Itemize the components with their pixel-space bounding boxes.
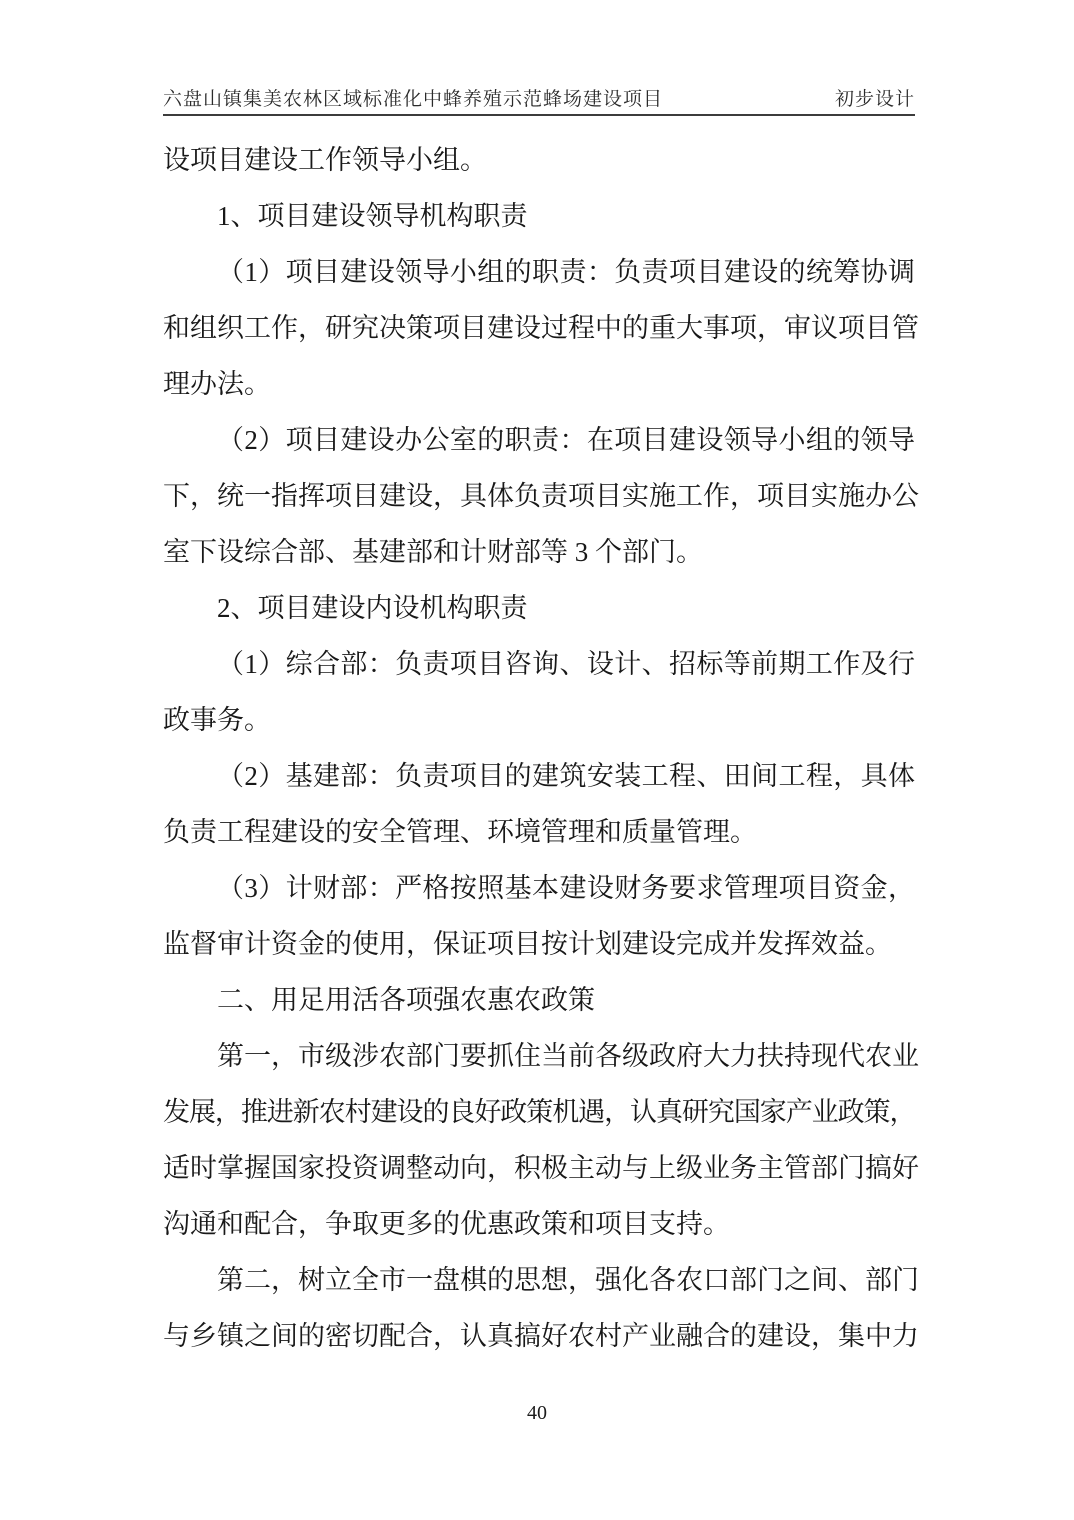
header-doc-type-label: 初步设计 [835,84,915,111]
page-footer: 40 [0,1402,1074,1425]
body-line: 适时掌握国家投资调整动向，积极主动与上级业务主管部门搞好 [163,1140,915,1196]
body-line: （3）计财部：严格按照基本建设财务要求管理项目资金， [163,860,915,916]
body-line: 发展，推进新农村建设的良好政策机遇，认真研究国家产业政策， [163,1084,915,1140]
body-line-heading: 2、项目建设内设机构职责 [163,580,915,636]
body-line: （1）综合部：负责项目咨询、设计、招标等前期工作及行 [163,636,915,692]
body-line-heading: 二、用足用活各项强农惠农政策 [163,972,915,1028]
body-line: 设项目建设工作领导小组。 [163,132,915,188]
body-line: 室下设综合部、基建部和计财部等 3 个部门。 [163,524,915,580]
body-line: 负责工程建设的安全管理、环境管理和质量管理。 [163,804,915,860]
body-line: 第一，市级涉农部门要抓住当前各级政府大力扶持现代农业 [163,1028,915,1084]
body-line: （2）基建部：负责项目的建筑安装工程、田间工程，具体 [163,748,915,804]
page-header: 六盘山镇集美农林区域标准化中蜂养殖示范蜂场建设项目 初步设计 [163,84,915,111]
document-page: 六盘山镇集美农林区域标准化中蜂养殖示范蜂场建设项目 初步设计 设项目建设工作领导… [0,0,1074,1520]
body-line: （1）项目建设领导小组的职责：负责项目建设的统筹协调 [163,244,915,300]
body-line-heading: 1、项目建设领导机构职责 [163,188,915,244]
body-line: 和组织工作，研究决策项目建设过程中的重大事项，审议项目管 [163,300,915,356]
body-line: 沟通和配合，争取更多的优惠政策和项目支持。 [163,1196,915,1252]
header-divider [163,114,915,116]
body-line: 政事务。 [163,692,915,748]
page-number: 40 [527,1402,547,1424]
body-line: 监督审计资金的使用，保证项目按计划建设完成并发挥效益。 [163,916,915,972]
header-project-title: 六盘山镇集美农林区域标准化中蜂养殖示范蜂场建设项目 [163,84,663,111]
body-line: （2）项目建设办公室的职责：在项目建设领导小组的领导 [163,412,915,468]
body-line: 与乡镇之间的密切配合，认真搞好农村产业融合的建设，集中力 [163,1308,915,1364]
body-line: 第二，树立全市一盘棋的思想，强化各农口部门之间、部门 [163,1252,915,1308]
body-line: 理办法。 [163,356,915,412]
document-body: 设项目建设工作领导小组。 1、项目建设领导机构职责 （1）项目建设领导小组的职责… [163,132,915,1364]
body-line: 下，统一指挥项目建设，具体负责项目实施工作，项目实施办公 [163,468,915,524]
